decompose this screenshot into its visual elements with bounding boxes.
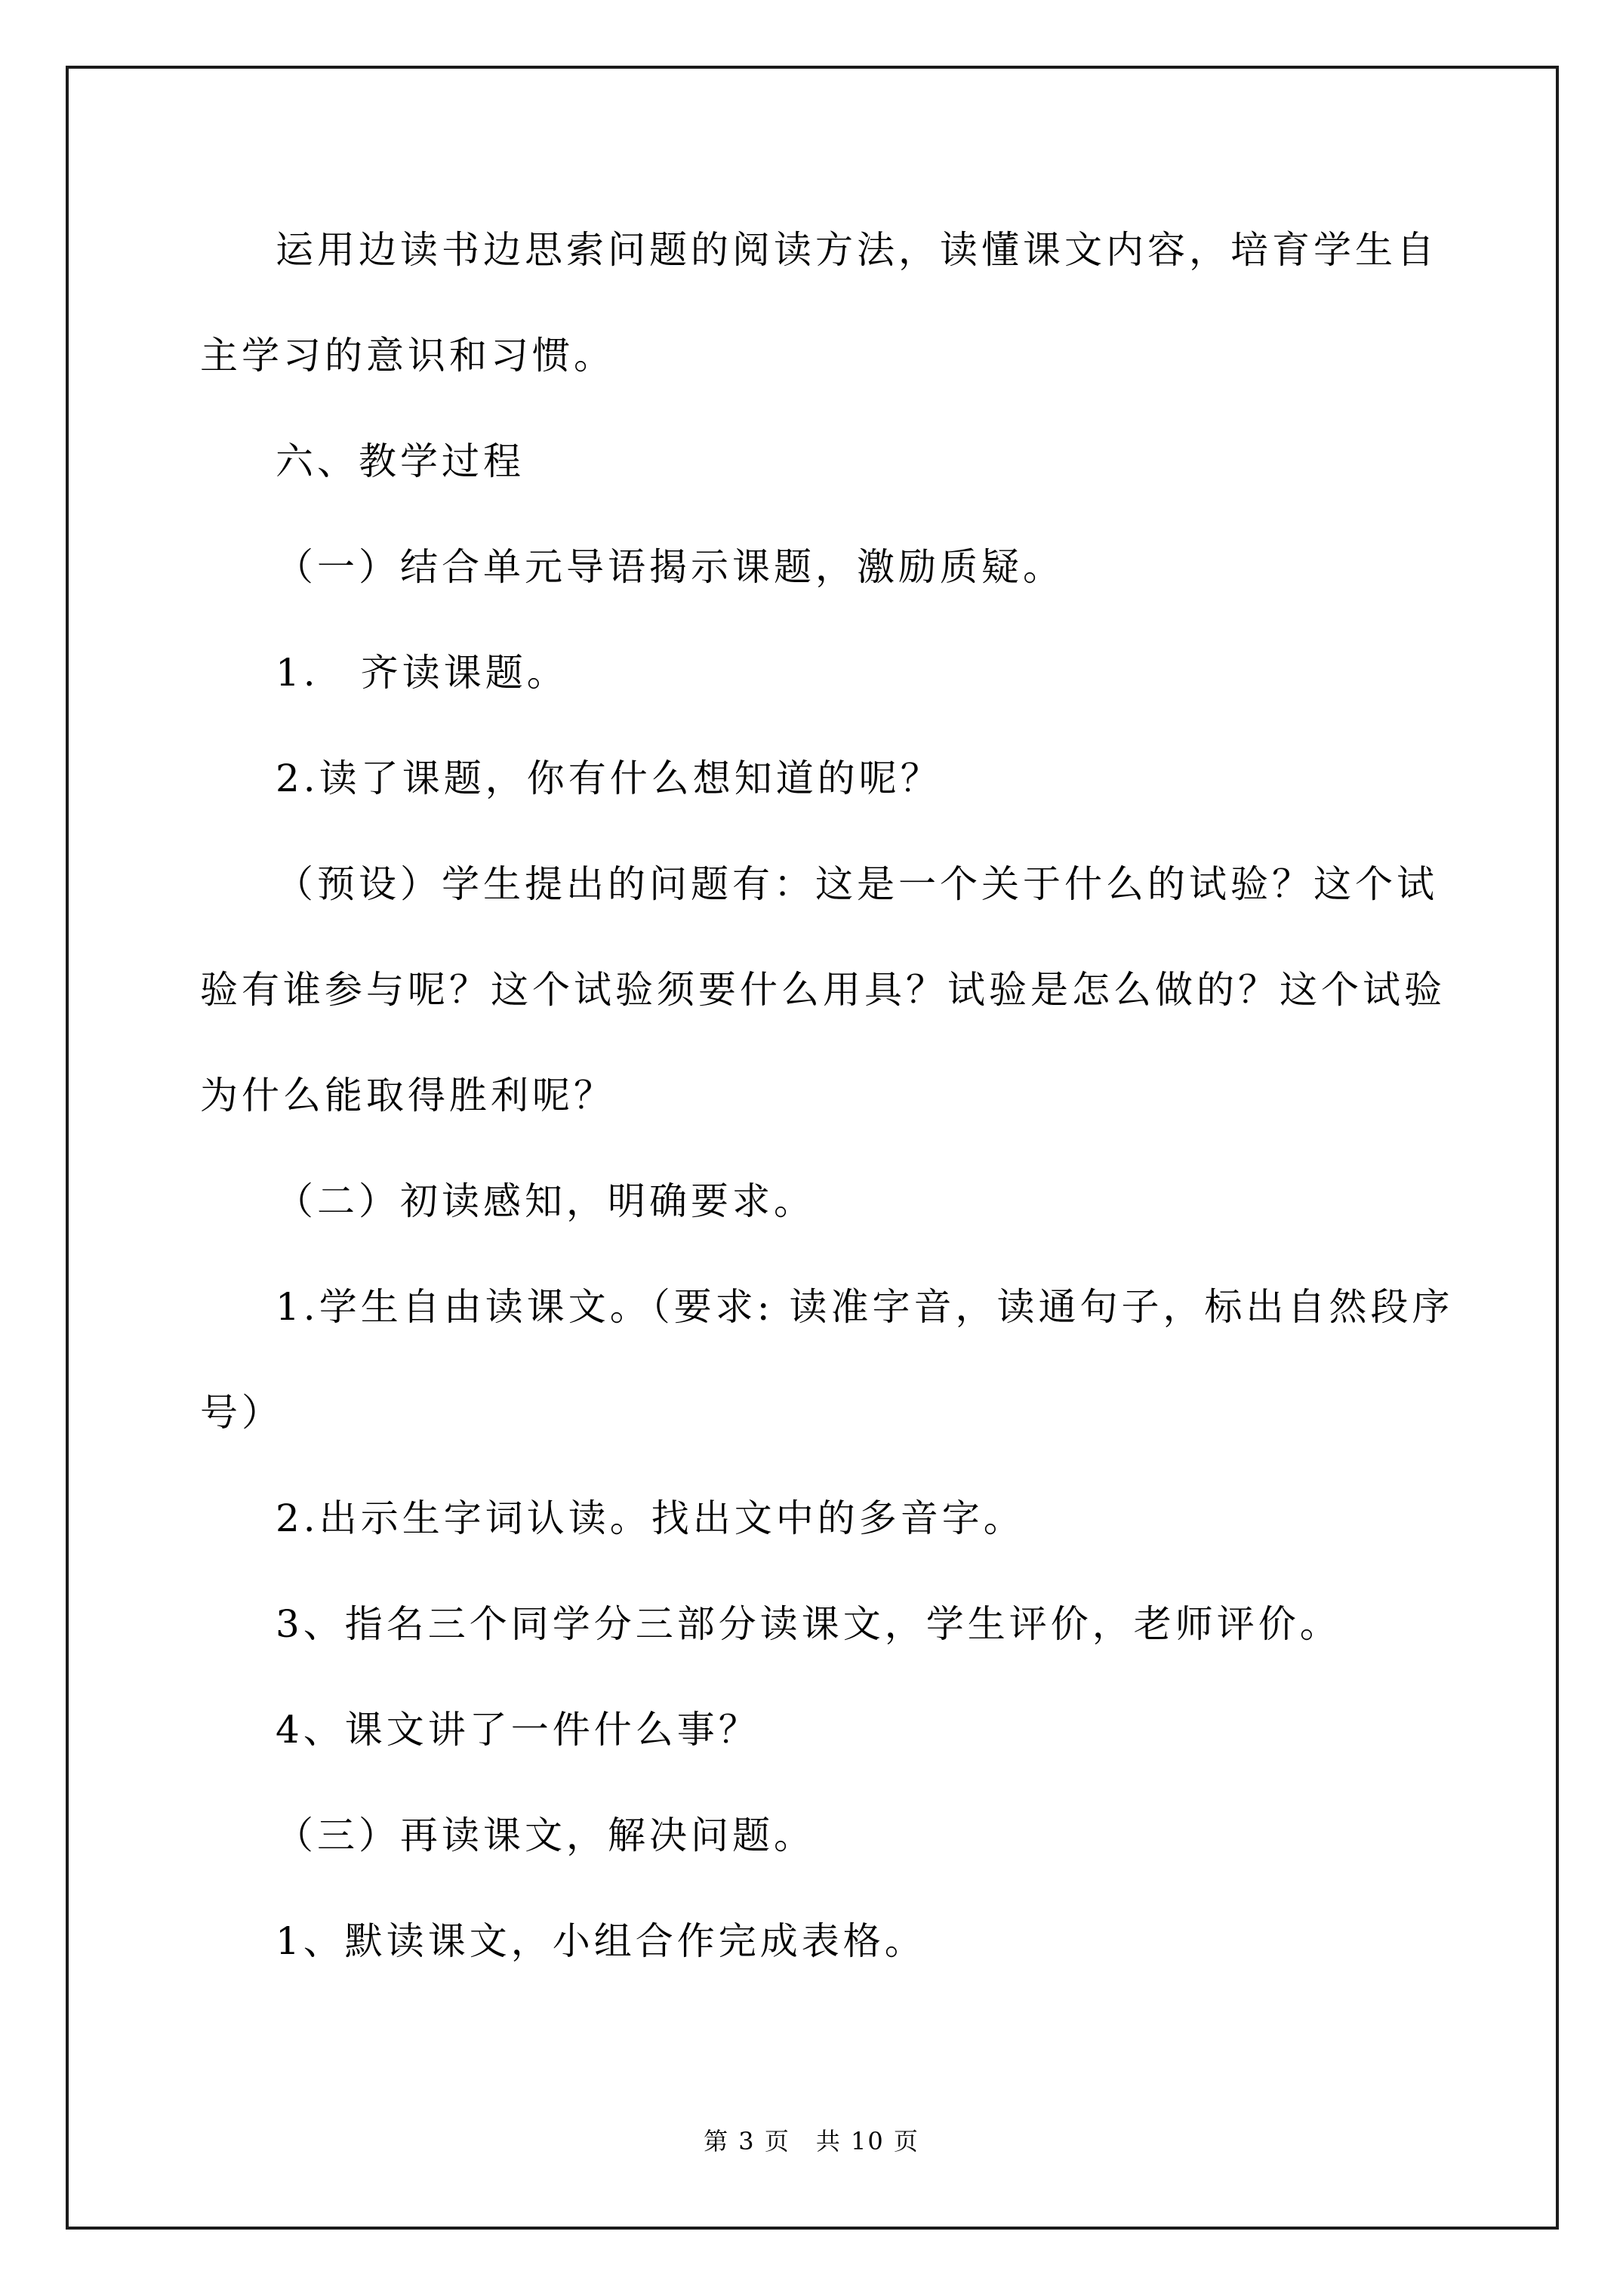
text-line: 为什么能取得胜利呢？ [200, 1043, 1468, 1148]
text-line: 六、教学过程 [200, 408, 1468, 514]
text-line: （二）初读感知，明确要求。 [200, 1148, 1468, 1254]
document-body: 运用边读书边思索问题的阅读方法，读懂课文内容，培育学生自主学习的意识和习惯。六、… [200, 197, 1468, 1994]
text-line: 4、课文讲了一件什么事？ [200, 1677, 1468, 1783]
text-line: 运用边读书边思索问题的阅读方法，读懂课文内容，培育学生自 [200, 197, 1468, 303]
text-line: 2.读了课题，你有什么想知道的呢？ [200, 726, 1468, 831]
document-page: 运用边读书边思索问题的阅读方法，读懂课文内容，培育学生自主学习的意识和习惯。六、… [0, 0, 1623, 2296]
text-line: 主学习的意识和习惯。 [200, 303, 1468, 408]
text-line: 验有谁参与呢？这个试验须要什么用具？试验是怎么做的？这个试验 [200, 937, 1468, 1043]
text-line: （三）再读课文，解决问题。 [200, 1783, 1468, 1888]
text-line: 1、默读课文，小组合作完成表格。 [200, 1888, 1468, 1994]
text-line: 1.学生自由读课文。（要求: 读准字音，读通句子，标出自然段序 [200, 1254, 1468, 1360]
text-line: 3、指名三个同学分三部分读课文，学生评价，老师评价。 [200, 1571, 1468, 1677]
text-line: 号） [200, 1360, 1468, 1465]
text-line: （预设）学生提出的问题有：这是一个关于什么的试验？这个试 [200, 831, 1468, 937]
text-line: 1. 齐读课题。 [200, 620, 1468, 726]
text-line: 2.出示生字词认读。找出文中的多音字。 [200, 1465, 1468, 1571]
text-line: （一）结合单元导语揭示课题，激励质疑。 [200, 514, 1468, 620]
page-footer: 第 3 页 共 10 页 [0, 2125, 1623, 2158]
